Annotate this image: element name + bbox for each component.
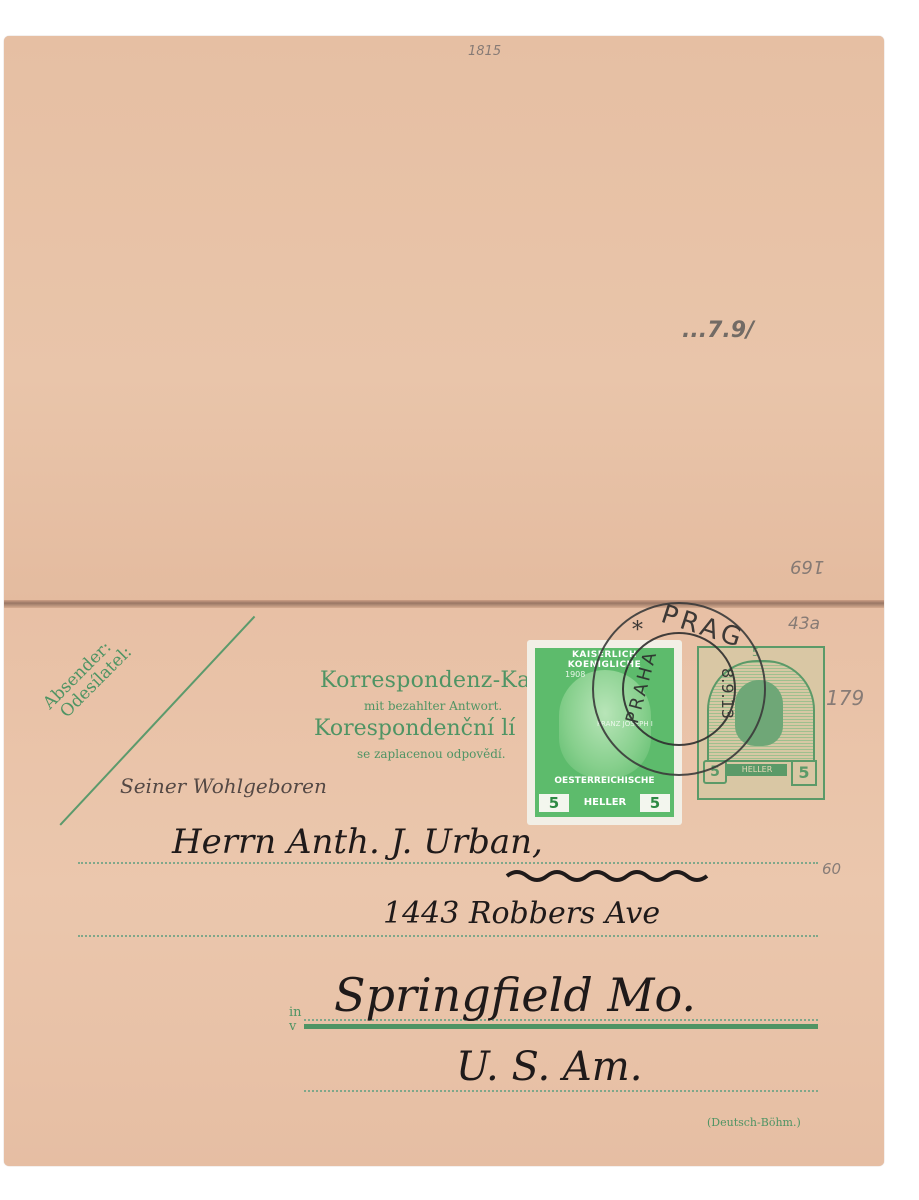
handwritten-country: U. S. Am. bbox=[456, 1044, 642, 1090]
pencil-catalog-note: 179 bbox=[826, 686, 864, 710]
adhesive-stamp-unit: HELLER bbox=[579, 797, 631, 808]
address-line-2 bbox=[78, 935, 818, 937]
adhesive-stamp: KAISERLICH KOENIGLICHE 1908 FRANZ JOSEPH… bbox=[527, 640, 682, 825]
pencil-note-top: 1815 bbox=[468, 44, 501, 59]
handwritten-street: 1443 Robbers Ave bbox=[383, 896, 660, 931]
card-subtitle-german: mit bezahlter Antwort. bbox=[364, 699, 502, 713]
adhesive-stamp-top-band: KAISERLICH KOENIGLICHE bbox=[541, 650, 668, 670]
in-label-de: in bbox=[289, 1006, 302, 1020]
handwritten-recipient: Herrn Anth. J. Urban, bbox=[172, 822, 543, 862]
handwritten-salutation: Seiner Wohlgeboren bbox=[120, 774, 327, 798]
adhesive-stamp-value-left: 5 bbox=[539, 794, 569, 812]
adhesive-stamp-names: FRANZ JOSEPH I bbox=[597, 720, 653, 729]
handwritten-city: Springfield Mo. bbox=[334, 968, 696, 1022]
imprinted-stamp: 5 5 HELLER 5 bbox=[697, 646, 821, 796]
adhesive-stamp-bottom-band: OESTERREICHISCHE bbox=[541, 776, 668, 786]
imprinted-stamp-unit: HELLER bbox=[727, 764, 787, 776]
underline-squiggle bbox=[505, 866, 710, 886]
in-label: in v bbox=[289, 1006, 302, 1034]
fold-crease bbox=[4, 600, 884, 608]
pencil-note-mid: ...7.9/ bbox=[682, 318, 754, 343]
emperor-portrait-icon bbox=[735, 680, 783, 746]
adhesive-stamp-design: KAISERLICH KOENIGLICHE 1908 FRANZ JOSEPH… bbox=[535, 648, 674, 817]
imprinted-stamp-top-value: 5 bbox=[752, 646, 759, 659]
pencil-catalog-note: 43a bbox=[788, 614, 820, 634]
in-label-cz: v bbox=[289, 1020, 302, 1034]
address-line-4 bbox=[304, 1090, 818, 1092]
pencil-catalog-note: 60 bbox=[822, 860, 841, 878]
adhesive-stamp-year: 1908 bbox=[565, 670, 585, 679]
adhesive-stamp-value-right: 5 bbox=[640, 794, 670, 812]
imprinted-stamp-value-left: 5 bbox=[703, 760, 727, 784]
card-title-czech: Korespondenční lí bbox=[314, 716, 515, 741]
card-title-german: Korrespondenz-Ka bbox=[320, 668, 531, 693]
address-line-3-city bbox=[304, 1024, 818, 1029]
region-tag: (Deutsch-Böhm.) bbox=[707, 1116, 801, 1129]
pencil-note-fold: 169 bbox=[790, 556, 824, 577]
card-subtitle-czech: se zaplacenou odpovědí. bbox=[357, 747, 506, 761]
address-line-1 bbox=[78, 862, 818, 864]
imprinted-stamp-value-right: 5 bbox=[791, 760, 817, 786]
